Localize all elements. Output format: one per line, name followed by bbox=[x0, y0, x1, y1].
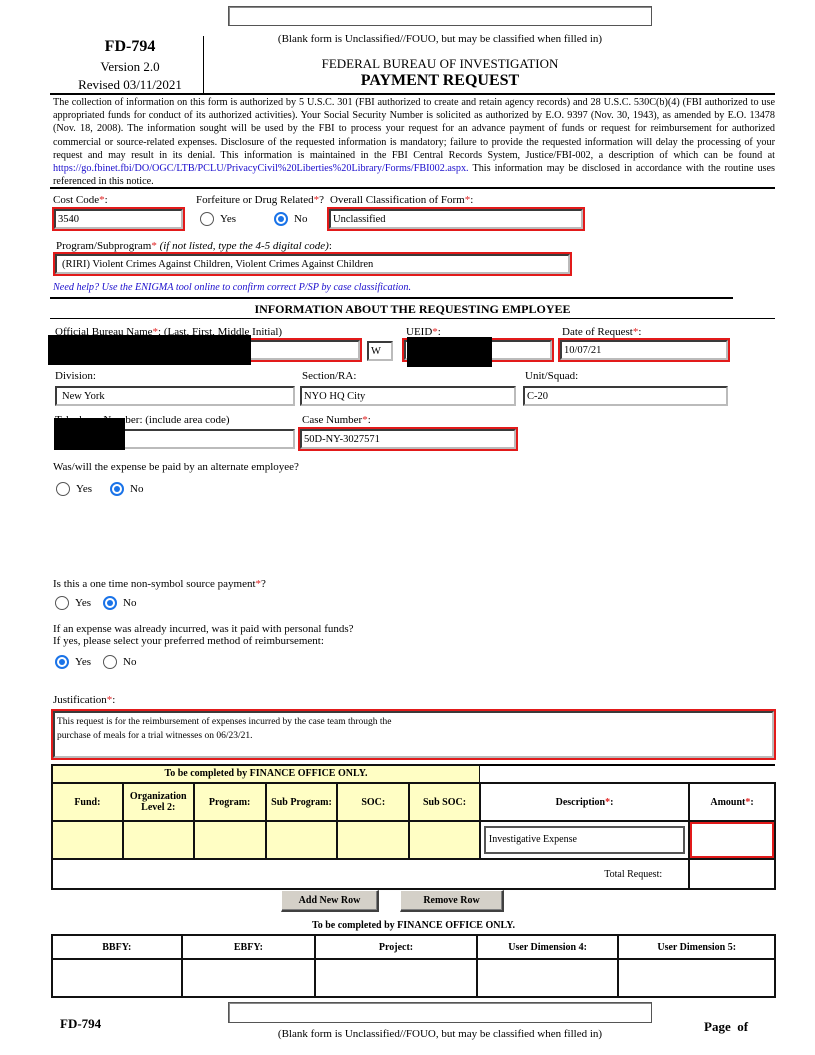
org-level-2-cell[interactable] bbox=[123, 821, 194, 859]
section-input[interactable]: NYO HQ City bbox=[300, 386, 516, 406]
privacy-rule bbox=[50, 187, 775, 189]
forfeiture-yes[interactable]: Yes bbox=[200, 212, 236, 226]
personal-yes[interactable]: Yes bbox=[55, 655, 91, 669]
alternate-no[interactable]: No bbox=[110, 482, 143, 496]
case-number-input[interactable]: 50D-NY-3027571 bbox=[300, 429, 516, 449]
alternate-radio-group: Yes No bbox=[56, 482, 143, 496]
fund-cell[interactable] bbox=[52, 821, 123, 859]
col-header-sub-program: Sub Program: bbox=[266, 783, 338, 821]
finance-banner-2: To be completed by FINANCE OFFICE ONLY. bbox=[51, 920, 776, 931]
radio-checked-icon[interactable] bbox=[110, 482, 124, 496]
user-dim-4-cell[interactable] bbox=[477, 959, 619, 997]
section-title-employee: INFORMATION ABOUT THE REQUESTING EMPLOYE… bbox=[50, 302, 775, 317]
source-radio-group: Yes No bbox=[55, 596, 136, 610]
justification-label: Justification*: bbox=[53, 694, 115, 706]
form-title: PAYMENT REQUEST bbox=[228, 72, 652, 90]
form-id: FD-794 bbox=[60, 38, 200, 56]
section-label: Section/RA: bbox=[302, 370, 356, 382]
alternate-yes[interactable]: Yes bbox=[56, 482, 92, 496]
redaction-ueid bbox=[407, 337, 492, 367]
col-header-ebfy: EBFY: bbox=[182, 935, 316, 959]
total-request-value bbox=[689, 859, 775, 889]
bottom-classification-box[interactable] bbox=[228, 1002, 652, 1023]
col-header-org-level-2: Organization Level 2: bbox=[123, 783, 194, 821]
finance-table: Fund: Organization Level 2: Program: Sub… bbox=[51, 782, 776, 890]
table-row: Investigative Expense bbox=[52, 821, 775, 859]
cost-code-label: Cost Code*: bbox=[53, 194, 108, 206]
col-header-amount: Amount*: bbox=[689, 783, 775, 821]
section-rule-bottom bbox=[50, 318, 775, 319]
program-label: Program/Subprogram* (if not listed, type… bbox=[56, 240, 332, 252]
col-header-sub-soc: Sub SOC: bbox=[409, 783, 480, 821]
personal-no[interactable]: No bbox=[103, 655, 136, 669]
amount-input[interactable] bbox=[689, 821, 775, 859]
privacy-link[interactable]: https://go.fbinet.fbi/DO/OGC/LTB/PCLU/Pr… bbox=[53, 163, 469, 174]
unit-input[interactable]: C-20 bbox=[523, 386, 728, 406]
table-row bbox=[52, 959, 775, 997]
finance-top-rule bbox=[480, 764, 775, 766]
soc-cell[interactable] bbox=[337, 821, 409, 859]
project-cell[interactable] bbox=[315, 959, 477, 997]
forfeiture-label: Forfeiture or Drug Related*? bbox=[196, 194, 324, 206]
footer-classification-note: (Blank form is Unclassified//FOUO, but m… bbox=[228, 1028, 652, 1040]
cost-code-input[interactable]: 3540 bbox=[54, 209, 183, 229]
page-indicator: Page of bbox=[704, 1019, 748, 1035]
header-rule bbox=[50, 93, 775, 95]
justification-textarea[interactable]: This request is for the reimbursement of… bbox=[53, 711, 774, 758]
bbfy-cell[interactable] bbox=[52, 959, 182, 997]
middle-initial-input[interactable]: W bbox=[367, 341, 393, 361]
col-header-fund: Fund: bbox=[52, 783, 123, 821]
form-info: FD-794 Version 2.0 Revised 03/11/2021 bbox=[60, 38, 200, 93]
col-header-program: Program: bbox=[194, 783, 266, 821]
privacy-text: The collection of information on this fo… bbox=[53, 97, 775, 161]
add-new-row-button[interactable]: Add New Row bbox=[281, 890, 379, 912]
date-input[interactable]: 10/07/21 bbox=[560, 340, 728, 360]
footer-form-id: FD-794 bbox=[60, 1016, 101, 1032]
radio-checked-icon[interactable] bbox=[55, 655, 69, 669]
personal-funds-question: If an expense was already incurred, was … bbox=[53, 623, 354, 647]
classification-note: (Blank form is Unclassified//FOUO, but m… bbox=[228, 33, 652, 45]
section-rule-top bbox=[50, 297, 733, 299]
division-label: Division: bbox=[55, 370, 96, 382]
agency-name: FEDERAL BUREAU OF INVESTIGATION bbox=[228, 56, 652, 72]
radio-unchecked-icon[interactable] bbox=[103, 655, 117, 669]
division-input[interactable]: New York bbox=[55, 386, 295, 406]
col-header-user-dim-5: User Dimension 5: bbox=[618, 935, 775, 959]
col-header-soc: SOC: bbox=[337, 783, 409, 821]
description-cell: Investigative Expense bbox=[480, 821, 689, 859]
form-version: Version 2.0 bbox=[60, 59, 200, 75]
redaction-phone bbox=[54, 418, 125, 450]
finance-banner: To be completed by FINANCE OFFICE ONLY. bbox=[51, 764, 480, 782]
date-label: Date of Request*: bbox=[562, 326, 641, 338]
user-dim-5-cell[interactable] bbox=[618, 959, 775, 997]
remove-row-button[interactable]: Remove Row bbox=[400, 890, 504, 912]
radio-checked-icon[interactable] bbox=[103, 596, 117, 610]
radio-unchecked-icon[interactable] bbox=[200, 212, 214, 226]
sub-program-cell[interactable] bbox=[266, 821, 338, 859]
personal-radio-group: Yes No bbox=[55, 655, 136, 669]
col-header-description: Description*: bbox=[480, 783, 689, 821]
form-revised: Revised 03/11/2021 bbox=[60, 77, 200, 93]
privacy-notice: The collection of information on this fo… bbox=[53, 96, 775, 188]
header-divider bbox=[203, 36, 204, 94]
radio-unchecked-icon[interactable] bbox=[56, 482, 70, 496]
ebfy-cell[interactable] bbox=[182, 959, 316, 997]
program-cell[interactable] bbox=[194, 821, 266, 859]
radio-checked-icon[interactable] bbox=[274, 212, 288, 226]
radio-unchecked-icon[interactable] bbox=[55, 596, 69, 610]
forfeiture-no[interactable]: No bbox=[274, 212, 307, 226]
case-number-label: Case Number*: bbox=[302, 414, 371, 426]
finance-table-2: BBFY: EBFY: Project: User Dimension 4: U… bbox=[51, 934, 776, 998]
source-yes[interactable]: Yes bbox=[55, 596, 91, 610]
description-input[interactable]: Investigative Expense bbox=[484, 826, 685, 854]
enigma-help-link[interactable]: Need help? Use the ENIGMA tool online to… bbox=[53, 282, 411, 293]
sub-soc-cell[interactable] bbox=[409, 821, 480, 859]
classification-label: Overall Classification of Form*: bbox=[330, 194, 473, 206]
col-header-user-dim-4: User Dimension 4: bbox=[477, 935, 619, 959]
redaction-name bbox=[48, 335, 251, 365]
unit-label: Unit/Squad: bbox=[525, 370, 578, 382]
total-request-label: Total Request: bbox=[52, 859, 689, 889]
program-input[interactable]: (RIRI) Violent Crimes Against Children, … bbox=[55, 254, 570, 274]
source-no[interactable]: No bbox=[103, 596, 136, 610]
col-header-bbfy: BBFY: bbox=[52, 935, 182, 959]
top-classification-box[interactable] bbox=[228, 6, 652, 26]
col-header-project: Project: bbox=[315, 935, 477, 959]
alternate-question: Was/will the expense be paid by an alter… bbox=[53, 461, 299, 473]
source-question: Is this a one time non-symbol source pay… bbox=[53, 578, 266, 590]
classification-input[interactable]: Unclassified bbox=[329, 209, 583, 229]
forfeiture-radio-group: Yes No bbox=[200, 212, 307, 226]
